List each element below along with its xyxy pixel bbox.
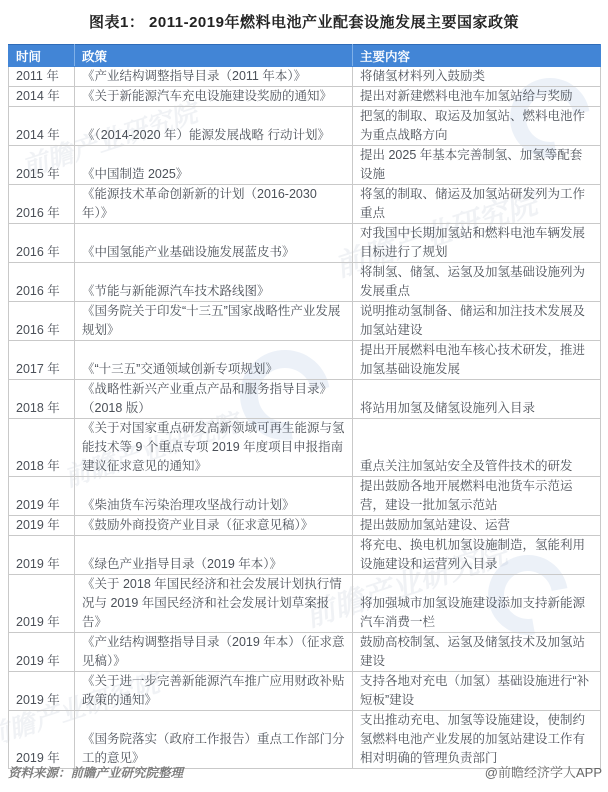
table-row: 2014 年《关于新能源汽车充电设施建设奖励的通知》提出对新建燃料电池车加氢站给… <box>9 87 601 107</box>
page: 图表1： 2011-2019年燃料电池产业配套设施发展主要国家政策 前瞻产业研究… <box>0 0 608 792</box>
cell-content: 将站用加氢及储氢设施列入目录 <box>353 380 601 419</box>
cell-policy: 《关于进一步完善新能源汽车推广应用财政补贴政策的通知》 <box>75 672 353 711</box>
cell-time: 2017 年 <box>9 341 75 380</box>
source-note: 资料来源：前瞻产业研究院整理 <box>8 763 183 781</box>
column-header-policy: 政策 <box>75 45 353 67</box>
cell-policy: 《节能与新能源汽车技术路线图》 <box>75 263 353 302</box>
cell-time: 2016 年 <box>9 224 75 263</box>
credit-note: @前瞻经济学人APP <box>485 762 602 781</box>
table-header-row: 时间 政策 主要内容 <box>9 45 601 67</box>
cell-time: 2019 年 <box>9 575 75 633</box>
table-row: 2014 年《（2014-2020 年）能源发展战略 行动计划》把氢的制取、取运… <box>9 107 601 146</box>
cell-content: 将储氢材料列入鼓励类 <box>353 67 601 87</box>
cell-policy: 《关于对国家重点研发高新领域可再生能源与氢能技术等 9 个重点专项 2019 年… <box>75 419 353 477</box>
cell-content: 支持各地对充电（加氢）基础设施进行“补短板”建设 <box>353 672 601 711</box>
cell-time: 2019 年 <box>9 516 75 536</box>
cell-time: 2019 年 <box>9 536 75 575</box>
column-header-content: 主要内容 <box>353 45 601 67</box>
cell-content: 对我国中长期加氢站和燃料电池车辆发展目标进行了规划 <box>353 224 601 263</box>
cell-time: 2016 年 <box>9 302 75 341</box>
table-row: 2019 年《柴油货车污染治理攻坚战行动计划》提出鼓励各地开展燃料电池货车示范运… <box>9 477 601 516</box>
cell-content: 将制氢、储氢、运氢及加氢基础设施列为发展重点 <box>353 263 601 302</box>
cell-time: 2016 年 <box>9 263 75 302</box>
cell-content: 将充电、换电机加氢设施制造，氢能利用设施建设和运营列入目录 <box>353 536 601 575</box>
table-row: 2019 年《国务院落实（政府工作报告）重点工作部门分工的意见》支出推动充电、加… <box>9 711 601 769</box>
policy-table: 时间 政策 主要内容 2011 年《产业结构调整指导目录（2011 年本）》将储… <box>8 44 601 769</box>
cell-content: 提出开展燃料电池车核心技术研发，推进加氢基础设施发展 <box>353 341 601 380</box>
cell-content: 提出对新建燃料电池车加氢站给与奖励 <box>353 87 601 107</box>
table-row: 2019 年《绿色产业指导目录（2019 年本）》将充电、换电机加氢设施制造，氢… <box>9 536 601 575</box>
cell-content: 把氢的制取、取运及加氢站、燃料电池作为重点战略方向 <box>353 107 601 146</box>
cell-policy: 《国务院落实（政府工作报告）重点工作部门分工的意见》 <box>75 711 353 769</box>
table-row: 2015 年《中国制造 2025》提出 2025 年基本完善制氢、加氢等配套设施 <box>9 146 601 185</box>
cell-policy: 《柴油货车污染治理攻坚战行动计划》 <box>75 477 353 516</box>
table-row: 2016 年《中国氢能产业基础设施发展蓝皮书》对我国中长期加氢站和燃料电池车辆发… <box>9 224 601 263</box>
cell-time: 2018 年 <box>9 380 75 419</box>
cell-policy: 《绿色产业指导目录（2019 年本）》 <box>75 536 353 575</box>
cell-policy: 《战略性新兴产业重点产品和服务指导目录》（2018 版） <box>75 380 353 419</box>
column-header-time: 时间 <box>9 45 75 67</box>
cell-content: 将加强城市加氢设施建设添加支持新能源汽车消费一栏 <box>353 575 601 633</box>
cell-policy: 《能源技术革命创新新的计划（2016-2030 年）》 <box>75 185 353 224</box>
table-row: 2019 年《关于进一步完善新能源汽车推广应用财政补贴政策的通知》支持各地对充电… <box>9 672 601 711</box>
cell-content: 支出推动充电、加氢等设施建设，使制约氢燃料电池产业发展的加氢站建设工作有相对明确… <box>353 711 601 769</box>
cell-policy: 《鼓励外商投资产业目录（征求意见稿）》 <box>75 516 353 536</box>
chart-title: 图表1： 2011-2019年燃料电池产业配套设施发展主要国家政策 <box>0 11 608 32</box>
cell-policy: 《（2014-2020 年）能源发展战略 行动计划》 <box>75 107 353 146</box>
table-row: 2018 年《战略性新兴产业重点产品和服务指导目录》（2018 版）将站用加氢及… <box>9 380 601 419</box>
cell-time: 2016 年 <box>9 185 75 224</box>
table-row: 2019 年《产业结构调整指导目录（2019 年本）（征求意见稿）》鼓励高校制氢… <box>9 633 601 672</box>
cell-content: 重点关注加氢站安全及管件技术的研发 <box>353 419 601 477</box>
cell-policy: 《产业结构调整指导目录（2019 年本）（征求意见稿）》 <box>75 633 353 672</box>
table-row: 2016 年《国务院关于印发“十三五”国家战略性产业发展规划》说明推动氢制备、储… <box>9 302 601 341</box>
table-row: 2019 年《鼓励外商投资产业目录（征求意见稿）》提出鼓励加氢站建设、运营 <box>9 516 601 536</box>
cell-policy: 《中国制造 2025》 <box>75 146 353 185</box>
cell-content: 鼓励高校制氢、运氢及储氢技术及加氢站建设 <box>353 633 601 672</box>
cell-time: 2019 年 <box>9 633 75 672</box>
cell-time: 2011 年 <box>9 67 75 87</box>
cell-policy: 《关于 2018 年国民经济和社会发展计划执行情况与 2019 年国民经济和社会… <box>75 575 353 633</box>
cell-policy: 《“十三五”交通领域创新专项规划》 <box>75 341 353 380</box>
cell-content: 将氢的制取、储运及加氢站研发列为工作重点 <box>353 185 601 224</box>
cell-content: 提出鼓励加氢站建设、运营 <box>353 516 601 536</box>
cell-time: 2019 年 <box>9 711 75 769</box>
cell-time: 2019 年 <box>9 672 75 711</box>
cell-time: 2014 年 <box>9 107 75 146</box>
cell-content: 提出鼓励各地开展燃料电池货车示范运营，建设一批加氢示范站 <box>353 477 601 516</box>
table-row: 2018 年《关于对国家重点研发高新领域可再生能源与氢能技术等 9 个重点专项 … <box>9 419 601 477</box>
cell-policy: 《中国氢能产业基础设施发展蓝皮书》 <box>75 224 353 263</box>
cell-policy: 《关于新能源汽车充电设施建设奖励的通知》 <box>75 87 353 107</box>
cell-time: 2018 年 <box>9 419 75 477</box>
table-row: 2016 年《节能与新能源汽车技术路线图》将制氢、储氢、运氢及加氢基础设施列为发… <box>9 263 601 302</box>
table-row: 2016 年《能源技术革命创新新的计划（2016-2030 年）》将氢的制取、储… <box>9 185 601 224</box>
cell-content: 说明推动氢制备、储运和加注技术发展及加氢站建设 <box>353 302 601 341</box>
cell-time: 2014 年 <box>9 87 75 107</box>
cell-policy: 《产业结构调整指导目录（2011 年本）》 <box>75 67 353 87</box>
cell-time: 2015 年 <box>9 146 75 185</box>
cell-time: 2019 年 <box>9 477 75 516</box>
cell-policy: 《国务院关于印发“十三五”国家战略性产业发展规划》 <box>75 302 353 341</box>
cell-content: 提出 2025 年基本完善制氢、加氢等配套设施 <box>353 146 601 185</box>
table-row: 2017 年《“十三五”交通领域创新专项规划》提出开展燃料电池车核心技术研发，推… <box>9 341 601 380</box>
table-row: 2011 年《产业结构调整指导目录（2011 年本）》将储氢材料列入鼓励类 <box>9 67 601 87</box>
table-row: 2019 年《关于 2018 年国民经济和社会发展计划执行情况与 2019 年国… <box>9 575 601 633</box>
